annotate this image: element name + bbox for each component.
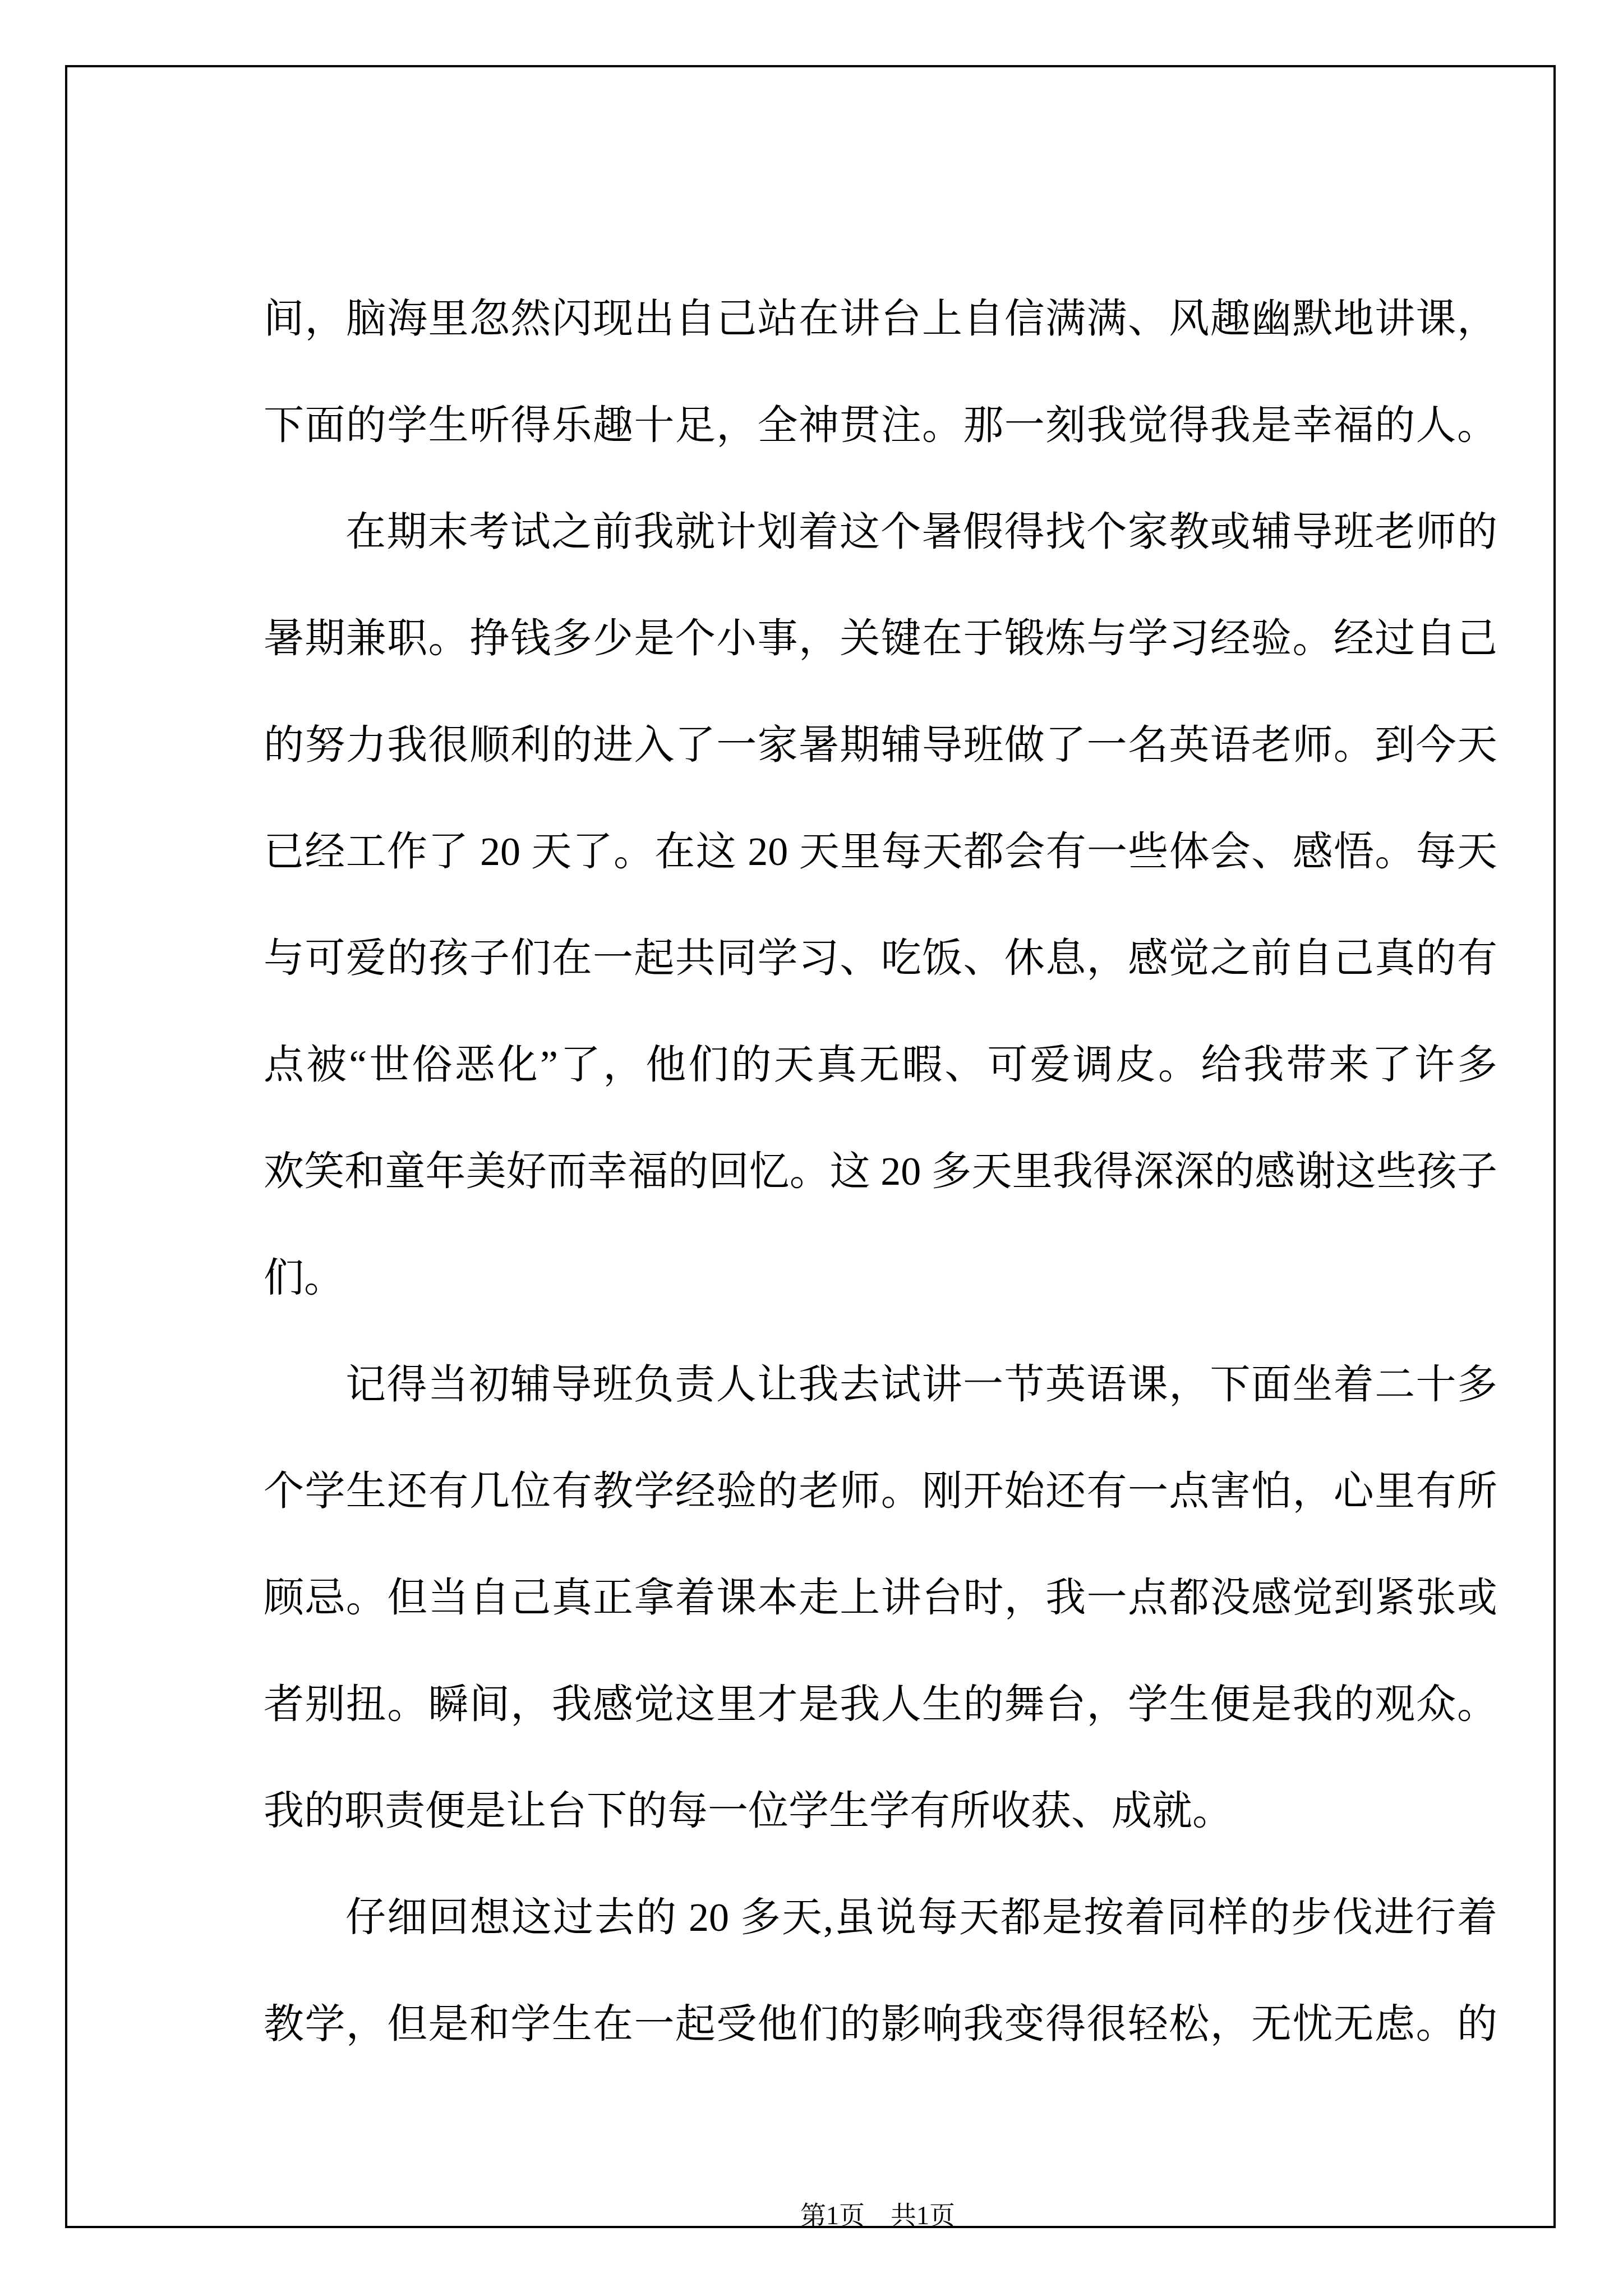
document-body: 间，脑海里忽然闪现出自己站在讲台上自信满满、风趣幽默地讲课，下面的学生听得乐趣十… [264, 265, 1497, 2077]
text-line: 点被“世俗恶化”了，他们的天真无暇、可爱调皮。给我带来了许多 [264, 1011, 1497, 1118]
page-number-label: 第1页 共1页 [800, 2201, 955, 2230]
text-line: 已经工作了 20 天了。在这 20 天里每天都会有一些体会、感悟。每天 [264, 798, 1497, 905]
text-line: 我的职责便是让台下的每一位学生学有所收获、成就。 [264, 1757, 1497, 1864]
text-line: 仔细回想这过去的 20 多天,虽说每天都是按着同样的步伐进行着 [264, 1864, 1497, 1971]
text-line: 教学，但是和学生在一起受他们的影响我变得很轻松，无忧无虑。的 [264, 1971, 1497, 2077]
page-footer: 第1页 共1页 [132, 2199, 1623, 2233]
text-line: 顾忌。但当自己真正拿着课本走上讲台时，我一点都没感觉到紧张或 [264, 1544, 1497, 1651]
text-line: 与可爱的孩子们在一起共同学习、吃饭、休息，感觉之前自己真的有 [264, 905, 1497, 1011]
document-page: 间，脑海里忽然闪现出自己站在讲台上自信满满、风趣幽默地讲课，下面的学生听得乐趣十… [0, 0, 1623, 2296]
text-line: 记得当初辅导班负责人让我去试讲一节英语课，下面坐着二十多 [264, 1331, 1497, 1438]
text-line: 下面的学生听得乐趣十足，全神贯注。那一刻我觉得我是幸福的人。 [264, 372, 1497, 478]
text-line: 者别扭。瞬间，我感觉这里才是我人生的舞台，学生便是我的观众。 [264, 1651, 1497, 1757]
text-line: 间，脑海里忽然闪现出自己站在讲台上自信满满、风趣幽默地讲课， [264, 265, 1497, 372]
text-line: 欢笑和童年美好而幸福的回忆。这 20 多天里我得深深的感谢这些孩子 [264, 1118, 1497, 1225]
page-border: 间，脑海里忽然闪现出自己站在讲台上自信满满、风趣幽默地讲课，下面的学生听得乐趣十… [65, 65, 1556, 2228]
text-line: 暑期兼职。挣钱多少是个小事，关键在于锻炼与学习经验。经过自己 [264, 585, 1497, 692]
text-line: 个学生还有几位有教学经验的老师。刚开始还有一点害怕，心里有所 [264, 1438, 1497, 1544]
text-line: 的努力我很顺利的进入了一家暑期辅导班做了一名英语老师。到今天 [264, 692, 1497, 798]
text-line: 在期末考试之前我就计划着这个暑假得找个家教或辅导班老师的 [264, 478, 1497, 585]
text-line: 们。 [264, 1225, 1497, 1331]
